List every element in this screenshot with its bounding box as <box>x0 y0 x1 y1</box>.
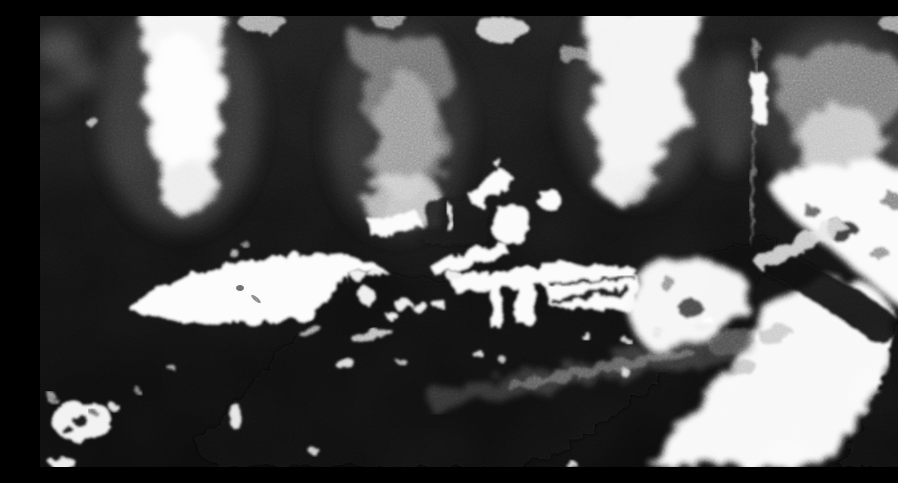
photo-canvas <box>40 16 898 467</box>
tonal-mottle <box>40 16 898 467</box>
surveillance-photo: Surveillance photograph of a ship at sea <box>40 16 898 467</box>
